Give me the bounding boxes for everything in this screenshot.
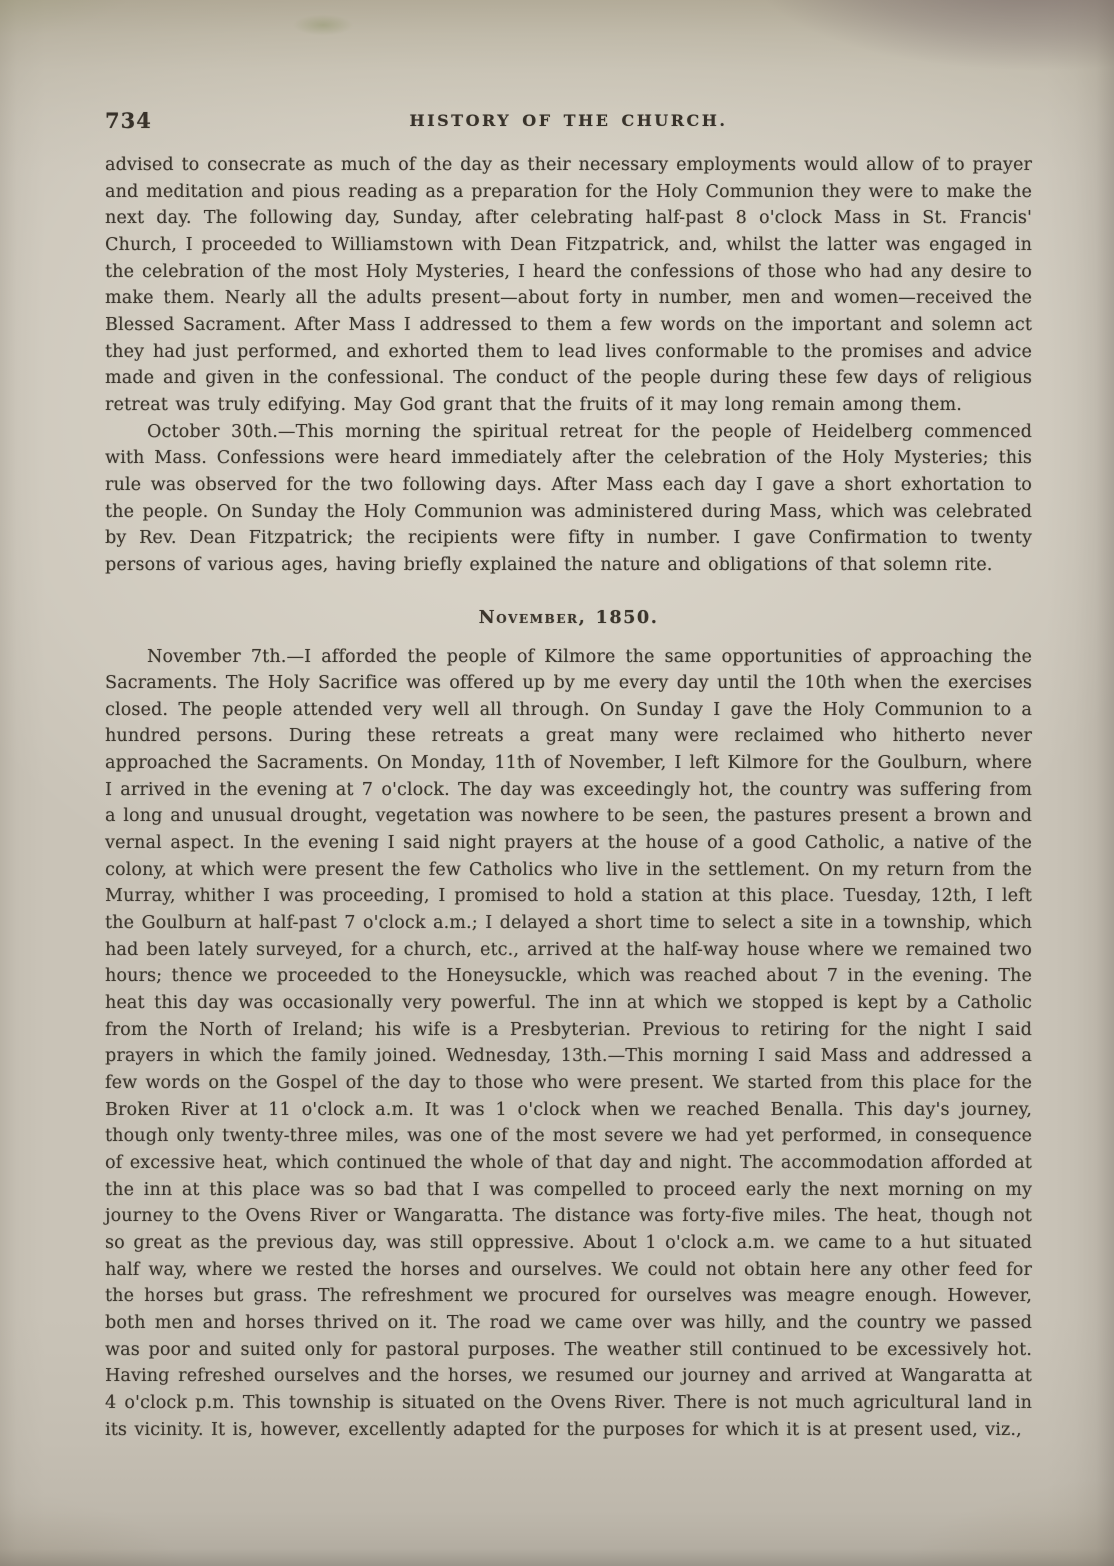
section-heading-november-1850: November, 1850. — [105, 605, 1032, 632]
paragraph-november-7: November 7th.—I afforded the people of K… — [105, 644, 1032, 1444]
page-text-block: advised to consecrate as much of the day… — [105, 152, 1032, 1443]
running-header-title: HISTORY OF THE CHURCH. — [105, 111, 1032, 130]
scanned-book-page: 734 HISTORY OF THE CHURCH. advised to co… — [0, 0, 1114, 1566]
page-header: 734 HISTORY OF THE CHURCH. — [105, 106, 1032, 136]
paragraph-october-30: October 30th.—This morning the spiritual… — [105, 419, 1032, 579]
paragraph-continuation: advised to consecrate as much of the day… — [105, 152, 1032, 419]
